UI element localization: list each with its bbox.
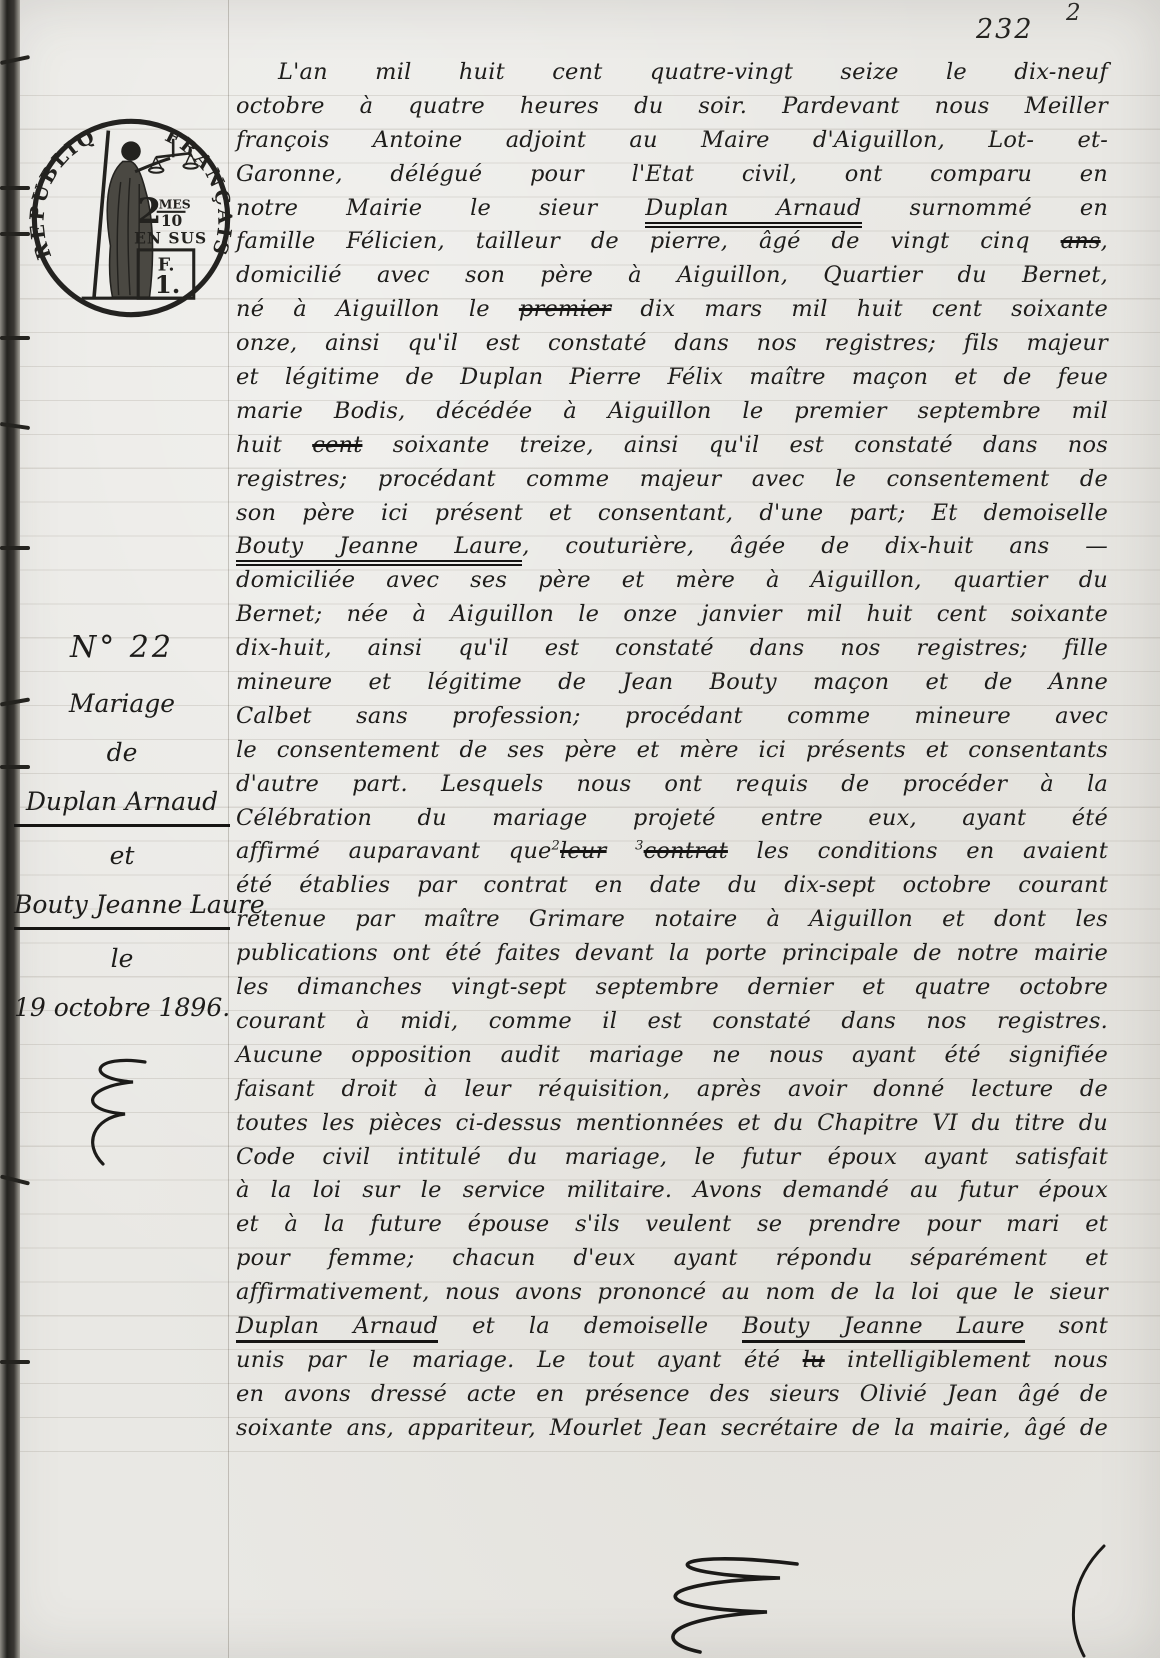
text-line: Célébration du mariage projeté entre eux… (236, 802, 1108, 836)
stamp-surcharge-denom: 10 (161, 212, 182, 230)
text-line: huit cent soixante treize, ainsi qu'il e… (236, 429, 1108, 463)
text-line: françois Antoine adjoint au Maire d'Aigu… (236, 124, 1108, 158)
text-line: et légitime de Duplan Pierre Félix maîtr… (236, 361, 1108, 395)
text-line: onze, ainsi qu'il est constaté dans nos … (236, 327, 1108, 361)
text-line: le consentement de ses père et mère ici … (236, 734, 1108, 768)
text-line: dix-huit, ainsi qu'il est constaté dans … (236, 632, 1108, 666)
text-line: né à Aiguillon le premier dix mars mil h… (236, 293, 1108, 327)
text-line: été établies par contrat en date du dix-… (236, 869, 1108, 903)
text-line: faisant droit à leur réquisition, après … (236, 1073, 1108, 1107)
text-line: les dimanches vingt-sept septembre derni… (236, 971, 1108, 1005)
document-page: 232 2 RÉPUBLIQUE FRANÇAISE (0, 0, 1160, 1658)
binding-mark (0, 546, 30, 550)
text-line: domiciliée avec ses père et mère à Aigui… (236, 564, 1108, 598)
text-line: toutes les pièces ci-dessus mentionnées … (236, 1107, 1108, 1141)
margin-annotation: N° 22 MariagedeDuplan ArnaudetBouty Jean… (14, 630, 230, 1176)
text-line: Duplan Arnaud et la demoiselle Bouty Jea… (236, 1310, 1108, 1344)
text-line: d'autre part. Lesquels nous ont requis d… (236, 768, 1108, 802)
stamp-surcharge-text: EN SUS (134, 230, 207, 248)
paraph-flourish-icon (67, 1052, 177, 1172)
margin-note-line: le (14, 944, 230, 973)
text-line: en avons dressé acte en présence des sie… (236, 1378, 1108, 1412)
binding-mark (0, 186, 30, 190)
act-text: L'an mil huit cent quatre-vingt seize le… (236, 56, 1108, 1446)
text-line: notre Mairie le sieur Duplan Arnaud surn… (236, 192, 1108, 226)
margin-note-line: 19 octobre 1896. (14, 993, 230, 1022)
text-line: Bouty Jeanne Laure, couturière, âgée de … (236, 530, 1108, 564)
text-line: marie Bodis, décédée à Aiguillon le prem… (236, 395, 1108, 429)
text-line: domicilié avec son père à Aiguillon, Qua… (236, 259, 1108, 293)
text-line: Code civil intitulé du mariage, le futur… (236, 1141, 1108, 1175)
page-number: 232 (976, 14, 1034, 45)
bottom-paraph-icon (582, 1548, 817, 1656)
margin-note-lines: MariagedeDuplan ArnaudetBouty Jeanne Lau… (14, 689, 230, 1022)
text-line: octobre à quatre heures du soir. Pardeva… (236, 90, 1108, 124)
stamp-denomination: 1. (155, 270, 181, 299)
text-line: affirmé auparavant que2leur 3contrat les… (236, 835, 1108, 869)
text-line: courant à midi, comme il est constaté da… (236, 1005, 1108, 1039)
text-line: Calbet sans profession; procédant comme … (236, 700, 1108, 734)
text-line: à la loi sur le service militaire. Avons… (236, 1174, 1108, 1208)
fiscal-stamp: RÉPUBLIQUE FRANÇAISE 2 MES 10 (28, 110, 234, 326)
text-line: retenue par maître Grimare notaire à Aig… (236, 903, 1108, 937)
text-line: et à la future épouse s'ils veulent se p… (236, 1208, 1108, 1242)
page-number-secondary: 2 (1066, 0, 1081, 26)
margin-note-line: Mariage (14, 689, 230, 718)
text-line: son père ici présent et consentant, d'un… (236, 497, 1108, 531)
text-line: Garonne, délégué pour l'Etat civil, ont … (236, 158, 1108, 192)
stamp-surcharge-unit: MES (159, 197, 191, 212)
binding-mark (0, 232, 30, 236)
text-line: famille Félicien, tailleur de pierre, âg… (236, 225, 1108, 259)
text-line: publications ont été faites devant la po… (236, 937, 1108, 971)
text-line: soixante ans, appariteur, Mourlet Jean s… (236, 1412, 1108, 1446)
closing-stroke-icon (1052, 1542, 1114, 1658)
binding-mark (0, 336, 30, 340)
text-line: pour femme; chacun d'eux ayant répondu s… (236, 1242, 1108, 1276)
margin-note-line: Bouty Jeanne Laure (14, 890, 230, 930)
text-line: Bernet; née à Aiguillon le onze janvier … (236, 598, 1108, 632)
text-line: registres; procédant comme majeur avec l… (236, 463, 1108, 497)
text-line: mineure et légitime de Jean Bouty maçon … (236, 666, 1108, 700)
binding-mark (0, 1360, 30, 1364)
margin-note-line: et (14, 841, 230, 870)
margin-note-line: Duplan Arnaud (14, 787, 230, 827)
text-line: unis par le mariage. Le tout ayant été l… (236, 1344, 1108, 1378)
margin-note-line: de (14, 738, 230, 767)
text-line: L'an mil huit cent quatre-vingt seize le… (236, 56, 1108, 90)
text-line: Aucune opposition audit mariage ne nous … (236, 1039, 1108, 1073)
text-line: affirmativement, nous avons prononcé au … (236, 1276, 1108, 1310)
act-number: N° 22 (14, 630, 230, 665)
